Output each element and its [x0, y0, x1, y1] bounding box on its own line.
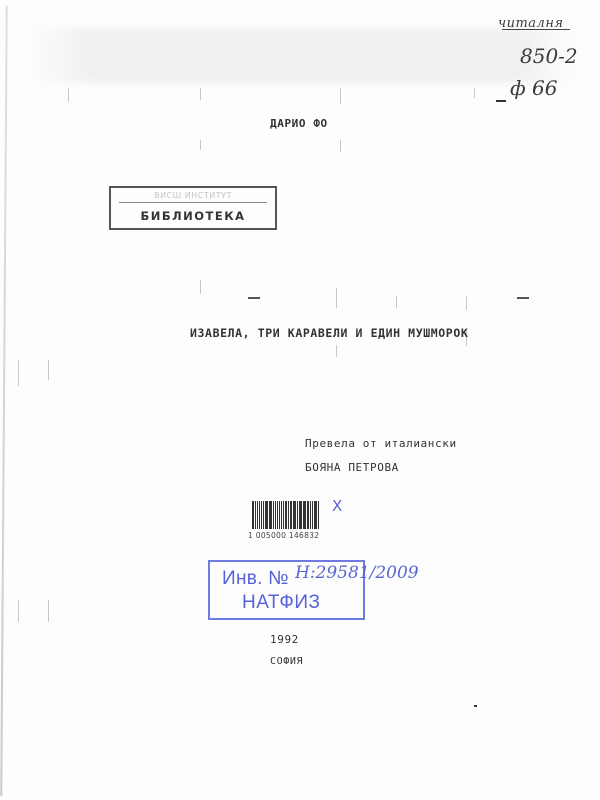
barcode-bar [263, 501, 264, 529]
handwritten-dash [496, 100, 506, 102]
barcode-bar [290, 501, 292, 529]
handwritten-shelf-mark: 850-2 [520, 44, 578, 68]
barcode-bar [279, 501, 280, 529]
barcode-bar [314, 501, 317, 529]
library-stamp-label: БИБЛИОТЕКА [111, 209, 275, 223]
handwritten-reading-room-note: читалня [498, 16, 564, 31]
barcode-bar [285, 501, 287, 529]
barcode-bar [265, 501, 268, 529]
book-title: ИЗАВЕЛА, ТРИ КАРАВЕЛИ И ЕДИН МУШМОРОК [190, 326, 468, 340]
scanned-page: читалня 850-2 ф 66 ДАРИО ФО ВИСШ ИНСТИТУ… [0, 0, 600, 800]
barcode [252, 501, 327, 529]
barcode-bar [297, 501, 298, 529]
library-stamp-top-line: ВИСШ ИНСТИТУТ [119, 191, 267, 203]
barcode-bar [273, 501, 274, 529]
inventory-label: Инв. № [222, 568, 289, 590]
barcode-bar [299, 501, 302, 529]
barcode-bar [288, 501, 289, 529]
barcode-bar [307, 501, 309, 529]
barcode-bar [293, 501, 296, 529]
barcode-bar [257, 501, 258, 529]
publication-year: 1992 [270, 633, 299, 646]
title-ornament-left [248, 297, 260, 299]
barcode-bar [275, 501, 276, 529]
page-edge [0, 6, 8, 796]
barcode-bar [269, 501, 272, 529]
ink-speck [474, 705, 477, 707]
barcode-bar [312, 501, 313, 529]
bleed-through-band [30, 28, 575, 83]
handwritten-code: ф 66 [510, 76, 557, 100]
barcode-bar [255, 501, 256, 529]
barcode-bar [283, 501, 284, 529]
barcode-digits: 1 005000 146832 [248, 531, 319, 540]
barcode-bar [277, 501, 278, 529]
barcode-bar [261, 501, 262, 529]
barcode-bar [259, 501, 260, 529]
author-name: ДАРИО ФО [270, 117, 328, 130]
translation-label: Превела от италиански [305, 437, 457, 450]
barcode-bar [318, 501, 319, 529]
library-stamp: ВИСШ ИНСТИТУТ БИБЛИОТЕКА [109, 186, 277, 230]
publication-city: СОФИЯ [270, 656, 303, 667]
inventory-organization: НАТФИЗ [242, 592, 320, 614]
translator-name: БОЯНА ПЕТРОВА [305, 461, 399, 474]
barcode-bar [310, 501, 311, 529]
barcode-bar [281, 501, 282, 529]
inventory-number: Н:29581/2009 [295, 563, 419, 583]
title-ornament-right [517, 297, 529, 299]
barcode-bar [252, 501, 254, 529]
x-mark: X [332, 497, 342, 515]
barcode-bar [303, 501, 306, 529]
